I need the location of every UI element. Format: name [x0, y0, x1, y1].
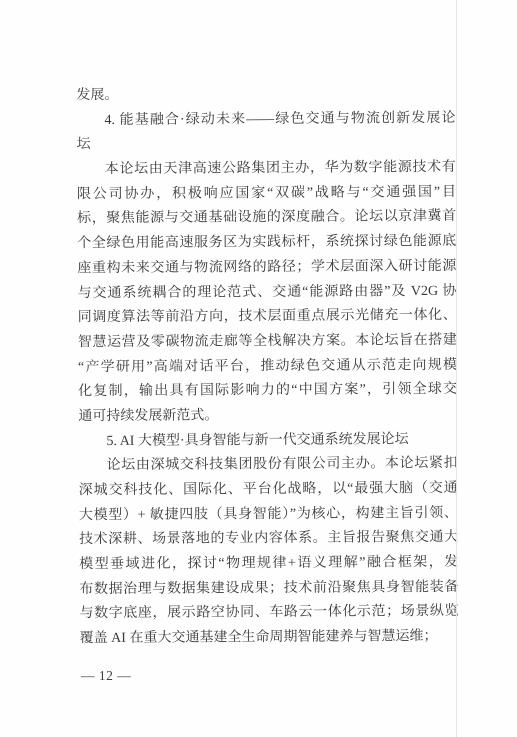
text-line: 个全绿色用能高速服务区为实践标杆，系统探讨绿色能源底 — [77, 230, 456, 257]
document-page: 发展。 4. 能基融合·绿动未来——绿色交通与物流创新发展论 坛 本论坛由天津高… — [0, 0, 517, 737]
text-line: 通可持续发展新范式。 — [78, 403, 457, 430]
text-line: 技术深耕、场景落地的专业内容体系。主旨报告聚焦交通大 — [79, 526, 458, 553]
text-line: 论坛由深城交科技集团股份有限公司主办。本论坛紧扣 — [79, 452, 458, 479]
text-line: 限公司协办，积极响应国家“双碳”战略与“交通强国”目 — [77, 181, 456, 208]
document-text-block: 发展。 4. 能基融合·绿动未来——绿色交通与物流创新发展论 坛 本论坛由天津高… — [76, 82, 458, 652]
text-line: “产学研用”高端对话平台，推动绿色交通从示范走向规模 — [78, 353, 457, 380]
scan-edge-line — [456, 0, 457, 737]
text-line: 大模型）+ 敏捷四肢（具身智能）”为核心，构建主旨引领、 — [79, 502, 458, 529]
text-line: 标，聚焦能源与交通基础设施的深度融合。论坛以京津冀首 — [77, 205, 456, 232]
section-heading-5: 5. AI 大模型·具身智能与新一代交通系统发展论坛 — [78, 427, 457, 454]
text-line: 发展。 — [76, 82, 455, 109]
text-line: 深城交科技化、国际化、平台化战略，以“最强大脑（交通 — [79, 477, 458, 504]
text-line: 与数字底座，展示路空协同、车路云一体化示范；场景纵览 — [79, 600, 458, 627]
text-line: 覆盖 AI 在重大交通基建全生命周期智能建养与智慧运维； — [80, 625, 459, 652]
section-heading-4-line-2: 坛 — [77, 131, 456, 158]
section-heading-4-line-1: 4. 能基融合·绿动未来——绿色交通与物流创新发展论 — [76, 107, 455, 134]
text-line: 模型垂域进化，探讨“物理规律+语义理解”融合框架，发 — [79, 551, 458, 578]
text-line: 布数据治理与数据集建设成果；技术前沿聚焦具身智能装备 — [79, 576, 458, 603]
text-line: 本论坛由天津高速公路集团主办，华为数字能源技术有 — [77, 156, 456, 183]
page-number: — 12 — — [81, 664, 131, 688]
text-line: 同调度算法等前沿方向，技术层面重点展示光储充一体化、 — [78, 304, 457, 331]
text-line: 座重构未来交通与物流网络的路径；学术层面深入研讨能源 — [77, 255, 456, 282]
text-line: 化复制，输出具有国际影响力的“中国方案”，引领全球交 — [78, 378, 457, 405]
text-line: 智慧运营及零碳物流走廊等全栈解决方案。本论坛旨在搭建 — [78, 329, 457, 356]
text-line: 与交通系统耦合的理论范式、交通“能源路由器”及 V2G 协 — [77, 279, 456, 306]
